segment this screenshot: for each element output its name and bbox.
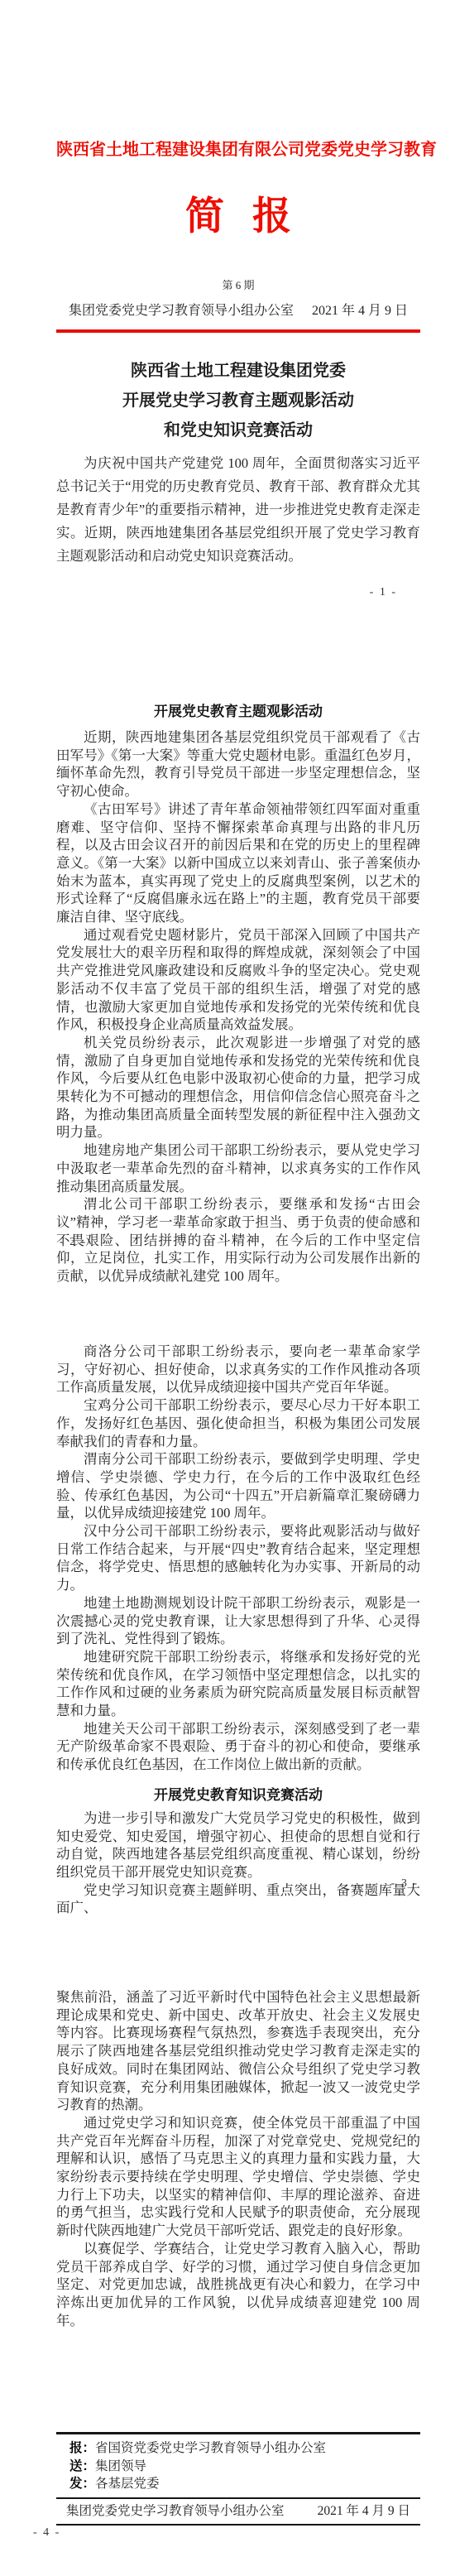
body-paragraph: 党史学习知识竞赛主题鲜明、重点突出，备赛题库量大面广、: [56, 1882, 420, 1917]
body-paragraph: 渭南分公司干部职工纷纷表示，要做到学史明理、学史增信、学史崇德、学史力行，在今后…: [56, 1450, 420, 1522]
footer-report-row: 报：省国资党委党史学习教育领导小组办公室: [69, 2439, 420, 2458]
section-heading-quiz: 开展党史教育知识竞赛活动: [56, 1785, 420, 1805]
body-paragraph: 通过党史学习和知识竞赛，使全体党员干部重温了中国共产党百年光辉奋斗历程，加深了对…: [56, 2114, 420, 2240]
body-paragraph: 机关党员纷纷表示，此次观影进一步增强了对党的感情，激励了自身更加自觉地传承和发扬…: [56, 1034, 420, 1141]
page-number-2: - 2 -: [60, 1236, 87, 1249]
body-paragraph: 渭北公司干部职工纷纷表示，要继承和发扬“古田会议”精神，学习老一辈革命家敢于担当…: [56, 1195, 420, 1286]
report-label: 报：: [69, 2441, 95, 2455]
distribution-rows: 报：省国资党委党史学习教育领导小组办公室 送：集团领导 发：各基层党委: [56, 2434, 420, 2499]
issuer-row: 集团党委党史学习教育领导小组办公室 2021 年 4 月 9 日: [56, 303, 420, 320]
body-paragraph-continuation: 聚焦前沿，涵盖了习近平新时代中国特色社会主义思想最新理论成果和党史、新中国史、改…: [56, 1988, 420, 2114]
body-paragraph: 《古田军号》讲述了青年革命领袖带领红四军面对重重磨难、坚守信仰、坚持不懈探索革命…: [56, 800, 420, 926]
bulletin-char-bao: 报: [252, 194, 291, 240]
document-title: 陕西省土地工程建设集团党委 开展党史学习教育主题观影活动 和党史知识竞赛活动: [56, 356, 420, 445]
body-paragraph: 通过观看党史题材影片，党员干部深入回顾了中国共产党发展壮大的艰辛历程和取得的辉煌…: [56, 926, 420, 1034]
masthead-title: 陕西省土地工程建设集团有限公司党委党史学习教育: [56, 139, 420, 161]
body-paragraph: 宝鸡分公司干部职工纷纷表示，要尽心尽力干好本职工作，发扬好红色基因、强化使命担当…: [56, 1396, 420, 1450]
issue-label: 发：: [69, 2477, 95, 2491]
send-value: 集团领导: [95, 2459, 146, 2473]
bulletin-char-jian: 简: [185, 194, 224, 240]
page-3: 商洛分公司干部职工纷纷表示，要向老一辈革命家学习，守好初心、担好使命，以求真务实…: [0, 1288, 455, 1932]
footer-issue-row: 发：各基层党委: [69, 2475, 420, 2493]
page-number-1: - 1 -: [370, 586, 397, 599]
report-value: 省国资党委党史学习教育领导小组办公室: [95, 2441, 326, 2455]
document-title-line-3: 和党史知识竞赛活动: [56, 416, 420, 445]
page-number-4: - 4 -: [33, 2526, 60, 2540]
section-heading-screening: 开展党史教育主题观影活动: [56, 702, 420, 722]
footer-date: 2021 年 4 月 9 日: [318, 2502, 410, 2521]
bulletin-name: 简 报: [56, 194, 420, 240]
page-number-3: - 3 -: [391, 1877, 419, 1891]
page-1: 陕西省土地工程建设集团有限公司党委党史学习教育 简 报 第 6 期 集团党委党史…: [0, 0, 455, 644]
document-title-line-1: 陕西省土地工程建设集团党委: [56, 356, 420, 386]
body-paragraph: 地建土地勘测规划设计院干部职工纷纷表示，观影是一次震撼心灵的党史教育课，让大家思…: [56, 1594, 420, 1648]
body-paragraph: 为进一步引导和激发广大党员学习党史的积极性，做到知史爱党、知史爱国，增强守初心、…: [56, 1809, 420, 1882]
bulletin-document: { "masthead": { "org_line": "陕西省土地工程建设集团…: [0, 0, 455, 2576]
page-2: 开展党史教育主题观影活动 近期，陕西地建集团各基层党组织党员干部观看了《古田军号…: [0, 644, 455, 1288]
footer-office: 集团党委党史学习教育领导小组办公室: [66, 2502, 285, 2521]
issue-number: 第 6 期: [56, 278, 420, 293]
issue-date: 2021 年 4 月 9 日: [312, 303, 408, 320]
footer-send-row: 送：集团领导: [69, 2458, 420, 2476]
issue-value: 各基层党委: [95, 2477, 160, 2491]
body-paragraph: 以赛促学、学赛结合，让党史学习教育入脑入心，帮助党员干部养成自学、好学的习惯，通…: [56, 2240, 420, 2330]
red-divider: [56, 329, 420, 333]
send-label: 送：: [69, 2459, 95, 2473]
issuing-office: 集团党委党史学习教育领导小组办公室: [69, 303, 294, 320]
body-paragraph: 地建房地产集团公司干部职工纷纷表示，要从党史学习中汲取老一辈革命先烈的奋斗精神，…: [56, 1141, 420, 1195]
intro-paragraph: 为庆祝中国共产党建党 100 周年，全面贯彻落实习近平总书记关于“用党的历史教育…: [56, 452, 420, 568]
body-paragraph: 近期，陕西地建集团各基层党组织党员干部观看了《古田军号》《第一大案》等重大党史题…: [56, 728, 420, 800]
body-paragraph: 汉中分公司干部职工纷纷表示，要将此观影活动与做好日常工作结合起来，与开展“四史”…: [56, 1522, 420, 1594]
body-paragraph: 地建关天公司干部职工纷纷表示，深刻感受到了老一辈无产阶级革命家不畏艰险、勇于奋斗…: [56, 1720, 420, 1774]
document-title-line-2: 开展党史学习教育主题观影活动: [56, 386, 420, 416]
page-4: 聚焦前沿，涵盖了习近平新时代中国特色社会主义思想最新理论成果和党史、新中国史、改…: [0, 1932, 455, 2576]
footer-office-row: 集团党委党史学习教育领导小组办公室 2021 年 4 月 9 日: [56, 2499, 420, 2526]
body-paragraph: 地建研究院干部职工纷纷表示，将继承和发扬好党的光荣传统和优良作风，在学习领悟中坚…: [56, 1648, 420, 1720]
body-paragraph: 商洛分公司干部职工纷纷表示，要向老一辈革命家学习，守好初心、担好使命，以求真务实…: [56, 1343, 420, 1396]
distribution-footer: 报：省国资党委党史学习教育领导小组办公室 送：集团领导 发：各基层党委 集团党委…: [56, 2432, 420, 2526]
